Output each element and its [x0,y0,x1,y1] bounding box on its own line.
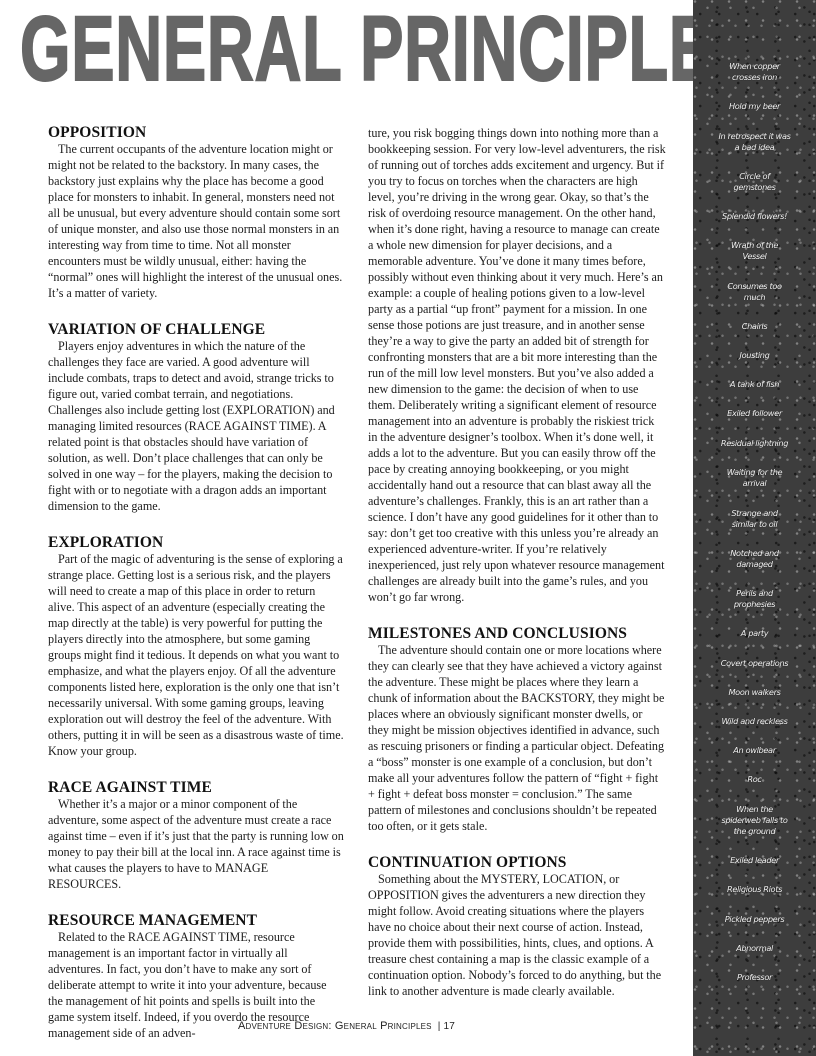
sidebar-item-line: similar to oil [693,519,816,530]
sidebar-item-line: Perils and [693,588,816,599]
page-number: 17 [444,1021,456,1032]
sidebar-item: Roc [693,774,816,785]
sidebar-item: Wild and reckless [693,716,816,727]
sidebar-item-line: Waiting for the [693,467,816,478]
section-opposition: OPPOSITION The current occupants of the … [48,124,344,301]
sidebar-item: When coppercrosses iron [693,61,816,83]
sidebar-item-line: gemstones [693,182,816,193]
sidebar-item-line: damaged [693,559,816,570]
section-heading: MILESTONES AND CONCLUSIONS [368,625,666,642]
section-milestones-and-conclusions: MILESTONES AND CONCLUSIONS The adventure… [368,625,666,834]
sidebar-item-line: Religious Riots [693,884,816,895]
sidebar-item: Covert operations [693,658,816,669]
sidebar-item-line: arrival [693,478,816,489]
sidebar-item: Professor [693,972,816,983]
section-heading: VARIATION OF CHALLENGE [48,321,344,338]
sidebar-item-line: An owlbear [693,745,816,756]
running-title: Adventure Design: General Principles [238,1020,432,1032]
sidebar-item: In retrospect it wasa bad idea [693,131,816,153]
sidebar-item-line: Exiled follower [693,408,816,419]
sidebar-item: Pickled peppers [693,914,816,925]
sidebar-item-line: Wrath of the [693,240,816,251]
sidebar-item: Exiled leader [693,855,816,866]
right-column: ture, you risk bogging things down into … [368,125,666,1019]
sidebar-item: An owlbear [693,745,816,756]
sidebar-item-line: Exiled leader [693,855,816,866]
section-body: The adventure should contain one or more… [368,642,666,834]
sidebar-item: Religious Riots [693,884,816,895]
section-body: Whether it’s a major or a minor componen… [48,796,344,892]
footer-separator: | [438,1021,441,1032]
sidebar-item-line: Professor [693,972,816,983]
sidebar-item-line: Roc [693,774,816,785]
sidebar-item-line: Moon walkers [693,687,816,698]
sidebar-item-line: Hold my beer [693,101,816,112]
section-heading: CONTINUATION OPTIONS [368,854,666,871]
sidebar-item-line: crosses iron [693,72,816,83]
sidebar-item: Waiting for thearrival [693,467,816,489]
section-heading: OPPOSITION [48,124,344,141]
page-title: GENERAL PRINCIPLES [20,6,493,92]
sidebar-item-line: Circle of [693,171,816,182]
sidebar-item-line: spiderweb falls to [693,815,816,826]
sidebar-item-line: Wild and reckless [693,716,816,727]
sidebar-item-line: When copper [693,61,816,72]
sidebar-item: Circle ofgemstones [693,171,816,193]
sidebar-item: Jousting [693,350,816,361]
sidebar-item-line: A party [693,628,816,639]
section-heading: RACE AGAINST TIME [48,779,344,796]
section-body: Players enjoy adventures in which the na… [48,338,344,514]
sidebar-item-line: Covert operations [693,658,816,669]
page-footer: Adventure Design: General Principles|17 [0,1020,693,1032]
sidebar-item-line: Vessel [693,251,816,262]
sidebar-item-line: Consumes too [693,281,816,292]
sidebar-item-line: Pickled peppers [693,914,816,925]
sidebar-item-line: Strange and [693,508,816,519]
sidebar-item: A party [693,628,816,639]
sidebar-item: Wrath of theVessel [693,240,816,262]
sidebar-item-line: the ground [693,826,816,837]
sidebar-item-line: A tank of fish [693,379,816,390]
sidebar-item: Abnormal [693,943,816,954]
sidebar-item-line: Jousting [693,350,816,361]
sidebar-item: Consumes toomuch [693,281,816,303]
sidebar-item: Perils andprophesies [693,588,816,610]
section-body: Part of the magic of adventuring is the … [48,551,344,759]
section-exploration: EXPLORATION Part of the magic of adventu… [48,534,344,759]
sidebar-item: A tank of fish [693,379,816,390]
sidebar-item: When thespiderweb falls tothe ground [693,804,816,837]
section-heading: EXPLORATION [48,534,344,551]
sidebar-item: Splendid flowers! [693,211,816,222]
sidebar-item: Strange andsimilar to oil [693,508,816,530]
sidebar-item-line: When the [693,804,816,815]
section-resource-management-continued: ture, you risk bogging things down into … [368,125,666,605]
section-body: The current occupants of the adventure l… [48,141,344,301]
sidebar-tag-list: When coppercrosses ironHold my beerIn re… [693,0,816,1056]
sidebar-item-line: Residual lightning [693,438,816,449]
section-race-against-time: RACE AGAINST TIME Whether it’s a major o… [48,779,344,892]
sidebar-item: Moon walkers [693,687,816,698]
sidebar-item: Exiled follower [693,408,816,419]
sidebar-item: Hold my beer [693,101,816,112]
section-continuation-options: CONTINUATION OPTIONS Something about the… [368,854,666,999]
section-body: Something about the MYSTERY, LOCATION, o… [368,871,666,999]
sidebar-item-line: In retrospect it was [693,131,816,142]
sidebar-item-line: much [693,292,816,303]
sidebar-item: Residual lightning [693,438,816,449]
sidebar-item-line: Abnormal [693,943,816,954]
left-column: OPPOSITION The current occupants of the … [48,124,344,1056]
sidebar-item-line: a bad idea [693,142,816,153]
sidebar-item-line: prophesies [693,599,816,610]
section-heading: RESOURCE MANAGEMENT [48,912,344,929]
section-variation-of-challenge: VARIATION OF CHALLENGE Players enjoy adv… [48,321,344,514]
sidebar-item-line: Notched and [693,548,816,559]
sidebar-item: Chains [693,321,816,332]
sidebar-item-line: Splendid flowers! [693,211,816,222]
section-body: ture, you risk bogging things down into … [368,125,666,605]
sidebar-item-line: Chains [693,321,816,332]
sidebar-item: Notched anddamaged [693,548,816,570]
